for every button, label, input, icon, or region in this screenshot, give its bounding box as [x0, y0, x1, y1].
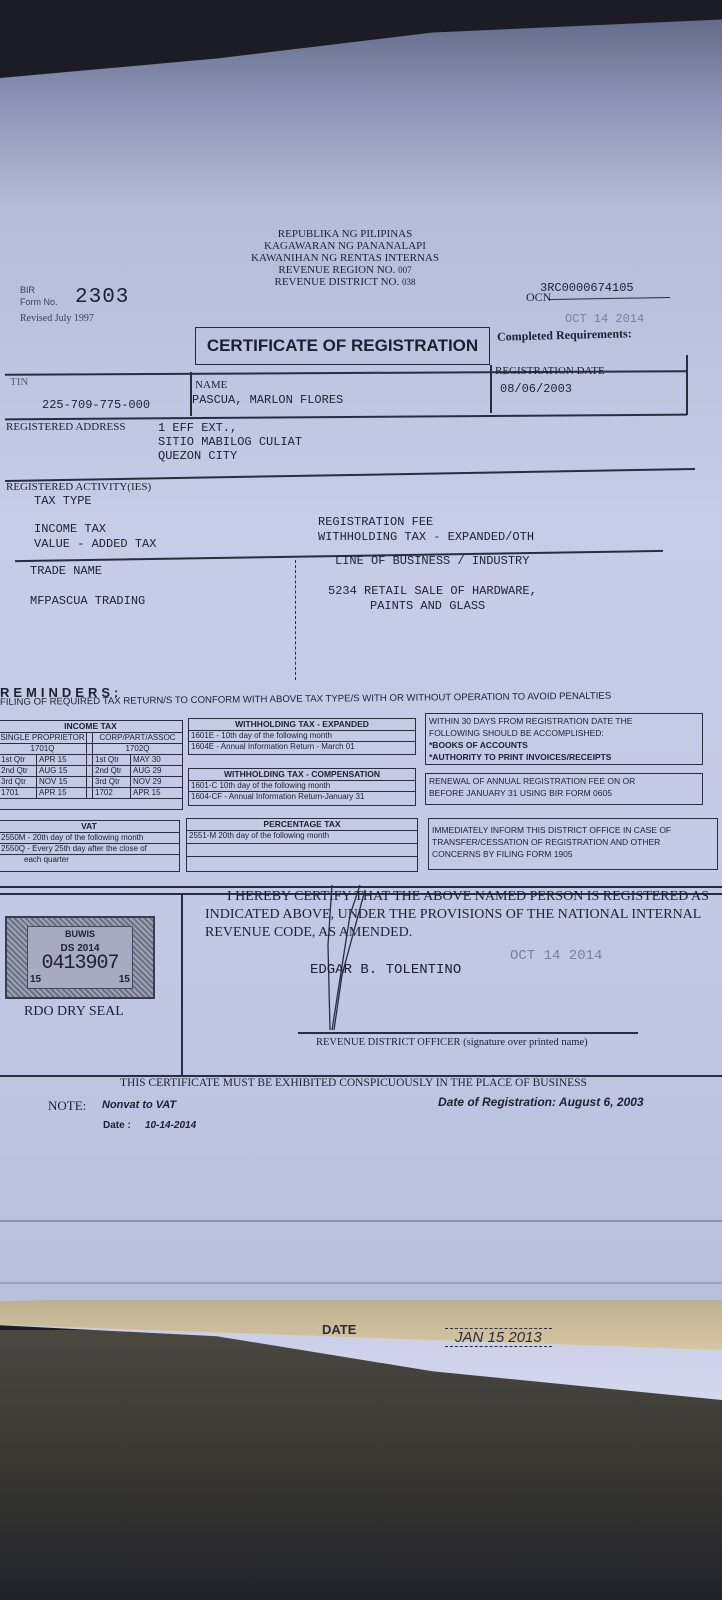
certificate-title: CERTIFICATE OF REGISTRATION — [195, 327, 490, 365]
activities-label: REGISTERED ACTIVITY(IES) — [6, 481, 151, 493]
wt-expanded-box: WITHHOLDING TAX - EXPANDED 1601E - 10th … — [188, 718, 416, 755]
tin-value: 225-709-775-000 — [42, 398, 150, 412]
registration-date-text: Date of Registration: August 6, 2003 — [438, 1095, 644, 1109]
address-label: REGISTERED ADDRESS — [6, 421, 126, 433]
wt-compensation-box: WITHHOLDING TAX - COMPENSATION 1601-C 10… — [188, 768, 416, 806]
signature-line — [298, 1032, 638, 1034]
form-agency: BIR — [20, 285, 35, 295]
note-value: Nonvat to VAT — [102, 1099, 176, 1111]
column-divider — [295, 560, 296, 680]
vat-box: VAT 2550M - 20th day of the following mo… — [0, 820, 180, 872]
trade-name-label: TRADE NAME — [30, 564, 102, 578]
certification-text: I HEREBY CERTIFY THAT THE ABOVE NAMED PE… — [205, 888, 709, 942]
ocn-stamp-date: OCT 14 2014 — [565, 312, 644, 326]
note-renewal: RENEWAL OF ANNUAL REGISTRATION FEE ON OR… — [425, 773, 703, 805]
line-of-business-label: LINE OF BUSINESS / INDUSTRY — [335, 554, 529, 568]
divider — [490, 365, 492, 413]
agency-header: REPUBLIKA NG PILIPINAS KAGAWARAN NG PANA… — [215, 228, 475, 288]
rdo-dry-seal-label: RDO DRY SEAL — [24, 1004, 124, 1020]
income-tax-schedule: 1st QtrAPR 151st QtrMAY 30 2nd QtrAUG 15… — [0, 755, 182, 799]
header-line: KAWANIHAN NG RENTAS INTERNAS — [215, 252, 475, 264]
reg-date-value: 08/06/2003 — [500, 382, 572, 396]
income-tax-header: INCOME TAX — [0, 721, 182, 733]
col-single-proprietor: SINGLE PROPRIETOR — [0, 733, 87, 743]
underlying-date-handwritten: JAN 15 2013 — [445, 1328, 552, 1347]
tax-type-label: TAX TYPE — [34, 494, 92, 508]
header-line: REVENUE REGION NO. 007 — [215, 264, 475, 276]
col-corp: CORP/PART/ASSOC — [92, 733, 182, 743]
exhibit-note: THIS CERTIFICATE MUST BE EXHIBITED CONSP… — [120, 1077, 587, 1089]
form-revised: Revised July 1997 — [20, 313, 94, 324]
name-label: NAME — [195, 379, 227, 391]
note-30-days: WITHIN 30 DAYS FROM REGISTRATION DATE TH… — [425, 713, 703, 765]
tax-types-left: INCOME TAX VALUE - ADDED TAX — [34, 522, 156, 552]
percentage-tax-box: PERCENTAGE TAX 2551-M 20th day of the fo… — [186, 818, 418, 872]
note-inform: IMMEDIATELY INFORM THIS DISTRICT OFFICE … — [428, 818, 718, 870]
date-value: 10-14-2014 — [145, 1120, 196, 1131]
name-value: PASCUA, MARLON FLORES — [192, 393, 343, 407]
note-label: NOTE: — [48, 1098, 86, 1114]
ocn-value: 3RC0000674105 — [540, 281, 634, 295]
header-line: REVENUE DISTRICT NO. 038 — [215, 276, 475, 288]
form-number: 2303 — [75, 286, 129, 309]
documentary-stamp: BUWIS DS 2014 0413907 1515 — [5, 916, 155, 999]
officer-name: EDGAR B. TOLENTINO — [310, 962, 461, 978]
address-value: 1 EFF EXT., SITIO MABILOG CULIAT QUEZON … — [158, 421, 302, 463]
line-of-business-value: 5234 RETAIL SALE OF HARDWARE, PAINTS AND… — [328, 584, 537, 614]
paper-edge — [0, 1220, 722, 1222]
tax-types-right: REGISTRATION FEE WITHHOLDING TAX - EXPAN… — [318, 515, 534, 545]
officer-stamp-date: OCT 14 2014 — [510, 948, 602, 964]
officer-signature — [320, 885, 380, 1033]
date-label: Date : — [103, 1120, 131, 1131]
header-line: KAGAWARAN NG PANANALAPI — [215, 240, 475, 252]
divider — [181, 893, 183, 1076]
income-tax-table: INCOME TAX SINGLE PROPRIETOR CORP/PART/A… — [0, 720, 183, 810]
officer-title: REVENUE DISTRICT OFFICER (signature over… — [316, 1037, 588, 1048]
tin-label: TIN — [10, 376, 28, 388]
form-no-label: Form No. — [20, 297, 58, 307]
divider — [686, 355, 688, 415]
paper-edge — [0, 1282, 722, 1284]
trade-name-value: MFPASCUA TRADING — [30, 594, 145, 608]
reg-date-label: REGISTRATION DATE — [495, 365, 605, 377]
header-line: REPUBLIKA NG PILIPINAS — [215, 228, 475, 240]
underlying-date-label: DATE — [322, 1322, 356, 1337]
